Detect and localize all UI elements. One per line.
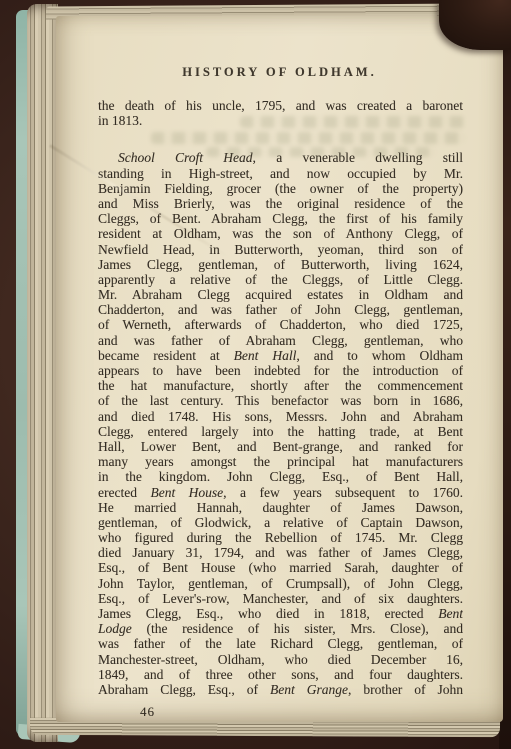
text-line: Benjamin Fielding, grocer (the owner of … (98, 181, 463, 196)
text-line: the death of his uncle, 1795, and was cr… (98, 98, 463, 113)
text-line: Manchester-street, Oldham, who died Dece… (98, 652, 463, 667)
text-line: appears to have been indebted for the in… (98, 363, 463, 378)
text-line: gentleman, of Glodwick, a relative of Ca… (98, 515, 463, 530)
text-line: of the last century. This benefactor was… (98, 393, 463, 408)
text-line: Hall, Lower Bent, and Bent-grange, and r… (98, 439, 463, 454)
text-line: was father of the late Richard Clegg, ge… (98, 636, 463, 651)
text-line: 1849, and of three other sons, and four … (98, 667, 463, 682)
bleed-through-text (240, 116, 465, 128)
text-line: and died 1748. His sons, Messrs. John an… (98, 409, 463, 424)
text-line: Clegg, entered largely into the hatting … (98, 424, 463, 439)
text-line: Chadderton, and was father of John Clegg… (98, 302, 463, 317)
book-page: HISTORY OF OLDHAM. the death of his uncl… (56, 16, 503, 722)
page-edge-stack-left (27, 4, 58, 742)
text-line: of Werneth, afterwards of Chadderton, wh… (98, 317, 463, 332)
text-line: Lodge (the residence of his sister, Mrs.… (98, 621, 463, 636)
text-line: erected Bent House, a few years subseque… (98, 485, 463, 500)
text-line: Abraham Clegg, Esq., of Bent Grange, bro… (98, 682, 463, 697)
paragraph: School Croft Head, a venerable dwelling … (98, 150, 463, 697)
bleed-through-text (151, 132, 466, 144)
text-line: Newfield Head, in Butterworth, yeoman, t… (98, 242, 463, 257)
text-line: Esq., of Lever's-row, Manchester, and of… (98, 591, 463, 606)
text-line: the hat manufacture, shortly after the c… (98, 378, 463, 393)
text-line: resident at Oldham, was the son of Antho… (98, 226, 463, 241)
text-line: Esq., of Bent House (who married Sarah, … (98, 560, 463, 575)
text-line: many years amongst the principal hat man… (98, 454, 463, 469)
text-line: He married Hannah, daughter of James Daw… (98, 500, 463, 515)
text-line: who figured during the Rebellion of 1745… (98, 530, 463, 545)
text-line: James Clegg, Esq., who died in 1818, ere… (98, 606, 463, 621)
bleed-through-text (206, 147, 436, 157)
text-line: standing in High-street, and now occupie… (98, 166, 463, 181)
text-line: apparently a relative of the Cleggs, of … (98, 272, 463, 287)
text-line: James Clegg, gentleman, of Butterworth, … (98, 257, 463, 272)
text-block: the death of his uncle, 1795, and was cr… (98, 98, 463, 697)
text-line: became resident at Bent Hall, and to who… (98, 348, 463, 363)
running-head: HISTORY OF OLDHAM. (56, 65, 503, 80)
text-line: and was father of Abraham Clegg, gentlem… (98, 333, 463, 348)
text-line: in the kingdom. John Clegg, Esq., of Ben… (98, 469, 463, 484)
text-line: John Taylor, gentleman, of Crumpsall), o… (98, 576, 463, 591)
page-number: 46 (140, 704, 155, 720)
text-line: Mr. Abraham Clegg acquired estates in Ol… (98, 287, 463, 302)
text-line: died January 31, 1794, and was father of… (98, 545, 463, 560)
text-line: Cleggs, of Bent. Abraham Clegg, the firs… (98, 211, 463, 226)
